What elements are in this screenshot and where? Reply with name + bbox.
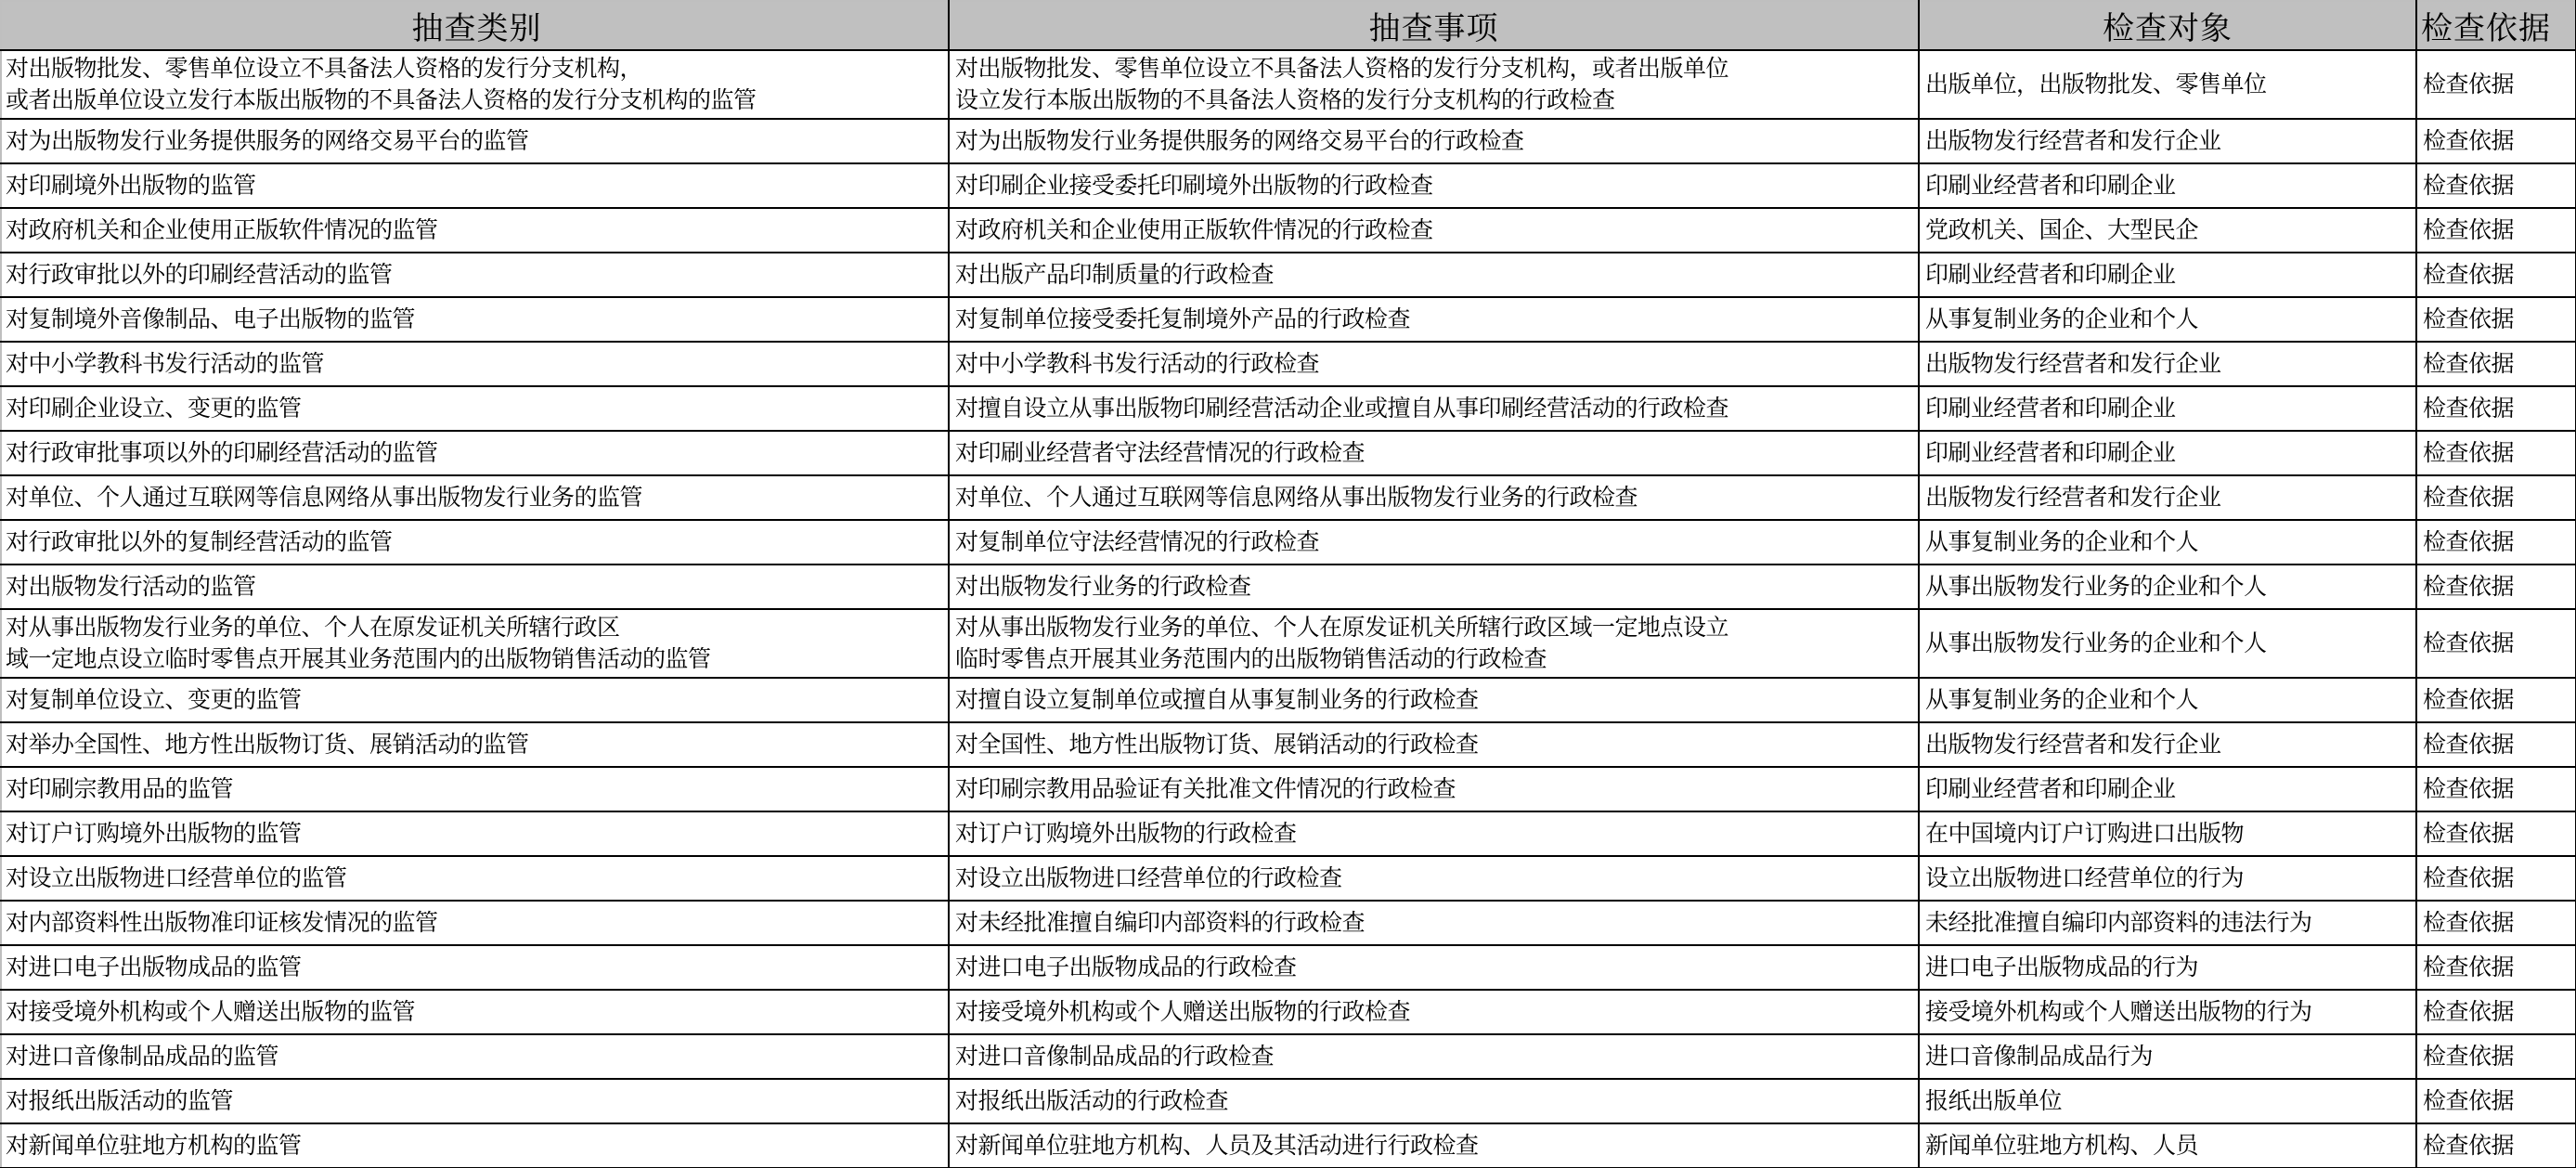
cell-basis[interactable]: 检查依据 xyxy=(2416,678,2576,722)
cell-category-text: 对印刷宗教用品的监管 xyxy=(6,773,948,805)
cell-target[interactable]: 新闻单位驻地方机构、人员 xyxy=(1919,1123,2416,1168)
cell-category[interactable]: 对出版物批发、零售单位设立不具备法人资格的发行分支机构，或者出版单位设立发行本版… xyxy=(1,50,949,119)
cell-basis[interactable]: 检查依据 xyxy=(2416,253,2576,297)
cell-item-text: 对报纸出版活动的行政检查 xyxy=(955,1085,1918,1117)
cell-basis[interactable]: 检查依据 xyxy=(2416,945,2576,990)
cell-basis[interactable]: 检查依据 xyxy=(2416,297,2576,342)
cell-category-text: 对为出版物发行业务提供服务的网络交易平台的监管 xyxy=(6,125,948,157)
cell-item[interactable]: 对单位、个人通过互联网等信息网络从事出版物发行业务的行政检查 xyxy=(949,475,1919,520)
cell-item[interactable]: 对进口电子出版物成品的行政检查 xyxy=(949,945,1919,990)
cell-item-text: 对新闻单位驻地方机构、人员及其活动进行行政检查 xyxy=(955,1130,1918,1162)
cell-item[interactable]: 对印刷企业接受委托印刷境外出版物的行政检查 xyxy=(949,163,1919,208)
table-row: 对订户订购境外出版物的监管对订户订购境外出版物的行政检查在中国境内订户订购进口出… xyxy=(1,811,2576,856)
cell-item-text: 对出版物批发、零售单位设立不具备法人资格的发行分支机构，或者出版单位 xyxy=(955,53,1918,84)
column-header-basis[interactable]: 检查依据 xyxy=(2416,1,2576,50)
cell-target[interactable]: 党政机关、国企、大型民企 xyxy=(1919,208,2416,253)
table-row: 对政府机关和企业使用正版软件情况的监管对政府机关和企业使用正版软件情况的行政检查… xyxy=(1,208,2576,253)
cell-basis[interactable]: 检查依据 xyxy=(2416,722,2576,767)
cell-item-text: 对复制单位守法经营情况的行政检查 xyxy=(955,526,1918,558)
cell-category-text: 对行政审批以外的印刷经营活动的监管 xyxy=(6,259,948,291)
cell-target[interactable]: 未经批准擅自编印内部资料的违法行为 xyxy=(1919,901,2416,945)
cell-target[interactable]: 接受境外机构或个人赠送出版物的行为 xyxy=(1919,990,2416,1034)
cell-item[interactable]: 对设立出版物进口经营单位的行政检查 xyxy=(949,856,1919,901)
cell-item[interactable]: 对擅自设立复制单位或擅自从事复制业务的行政检查 xyxy=(949,678,1919,722)
cell-category-text: 对单位、个人通过互联网等信息网络从事出版物发行业务的监管 xyxy=(6,482,948,513)
table-row: 对接受境外机构或个人赠送出版物的监管对接受境外机构或个人赠送出版物的行政检查接受… xyxy=(1,990,2576,1034)
cell-category[interactable]: 对复制境外音像制品、电子出版物的监管 xyxy=(1,297,949,342)
cell-category-text: 对从事出版物发行业务的单位、个人在原发证机关所辖行政区 xyxy=(6,612,948,643)
cell-category-text: 对内部资料性出版物准印证核发情况的监管 xyxy=(6,907,948,939)
table-row: 对印刷境外出版物的监管对印刷企业接受委托印刷境外出版物的行政检查印刷业经营者和印… xyxy=(1,163,2576,208)
cell-basis[interactable]: 检查依据 xyxy=(2416,386,2576,431)
table-row: 对为出版物发行业务提供服务的网络交易平台的监管对为出版物发行业务提供服务的网络交… xyxy=(1,119,2576,163)
cell-category[interactable]: 对行政审批事项以外的印刷经营活动的监管 xyxy=(1,431,949,475)
cell-category-text: 对进口音像制品成品的监管 xyxy=(6,1041,948,1072)
cell-item[interactable]: 对印刷宗教用品验证有关批准文件情况的行政检查 xyxy=(949,767,1919,811)
table-row: 对单位、个人通过互联网等信息网络从事出版物发行业务的监管对单位、个人通过互联网等… xyxy=(1,475,2576,520)
column-header-category[interactable]: 抽查类别 xyxy=(1,1,949,50)
cell-item[interactable]: 对接受境外机构或个人赠送出版物的行政检查 xyxy=(949,990,1919,1034)
cell-category[interactable]: 对印刷企业设立、变更的监管 xyxy=(1,386,949,431)
cell-item[interactable]: 对报纸出版活动的行政检查 xyxy=(949,1079,1919,1123)
table-row: 对报纸出版活动的监管对报纸出版活动的行政检查报纸出版单位检查依据 xyxy=(1,1079,2576,1123)
cell-basis[interactable]: 检查依据 xyxy=(2416,342,2576,386)
cell-category[interactable]: 对单位、个人通过互联网等信息网络从事出版物发行业务的监管 xyxy=(1,475,949,520)
cell-target[interactable]: 印刷业经营者和印刷企业 xyxy=(1919,767,2416,811)
cell-category-text: 对进口电子出版物成品的监管 xyxy=(6,952,948,983)
cell-target[interactable]: 报纸出版单位 xyxy=(1919,1079,2416,1123)
cell-target[interactable]: 出版物发行经营者和发行企业 xyxy=(1919,342,2416,386)
cell-item[interactable]: 对出版物发行业务的行政检查 xyxy=(949,565,1919,609)
cell-target[interactable]: 印刷业经营者和印刷企业 xyxy=(1919,253,2416,297)
cell-basis[interactable]: 检查依据 xyxy=(2416,520,2576,565)
table-row: 对印刷企业设立、变更的监管对擅自设立从事出版物印刷经营活动企业或擅自从事印刷经营… xyxy=(1,386,2576,431)
cell-item[interactable]: 对政府机关和企业使用正版软件情况的行政检查 xyxy=(949,208,1919,253)
cell-basis[interactable]: 检查依据 xyxy=(2416,767,2576,811)
cell-target[interactable]: 出版物发行经营者和发行企业 xyxy=(1919,475,2416,520)
cell-category-text: 对复制境外音像制品、电子出版物的监管 xyxy=(6,304,948,335)
cell-category[interactable]: 对行政审批以外的印刷经营活动的监管 xyxy=(1,253,949,297)
cell-category[interactable]: 对为出版物发行业务提供服务的网络交易平台的监管 xyxy=(1,119,949,163)
cell-category-text: 域一定地点设立临时零售点开展其业务范围内的出版物销售活动的监管 xyxy=(6,643,948,675)
cell-item-text: 对进口音像制品成品的行政检查 xyxy=(955,1041,1918,1072)
cell-target[interactable]: 在中国境内订户订购进口出版物 xyxy=(1919,811,2416,856)
table-row: 对从事出版物发行业务的单位、个人在原发证机关所辖行政区域一定地点设立临时零售点开… xyxy=(1,609,2576,678)
cell-category-text: 对新闻单位驻地方机构的监管 xyxy=(6,1130,948,1162)
table-row: 对行政审批以外的复制经营活动的监管对复制单位守法经营情况的行政检查从事复制业务的… xyxy=(1,520,2576,565)
cell-item-text: 对复制单位接受委托复制境外产品的行政检查 xyxy=(955,304,1918,335)
cell-target[interactable]: 从事复制业务的企业和个人 xyxy=(1919,297,2416,342)
cell-item-text: 对为出版物发行业务提供服务的网络交易平台的行政检查 xyxy=(955,125,1918,157)
cell-basis[interactable]: 检查依据 xyxy=(2416,1079,2576,1123)
cell-item[interactable]: 对复制单位接受委托复制境外产品的行政检查 xyxy=(949,297,1919,342)
cell-item[interactable]: 对未经批准擅自编印内部资料的行政检查 xyxy=(949,901,1919,945)
cell-category[interactable]: 对从事出版物发行业务的单位、个人在原发证机关所辖行政区域一定地点设立临时零售点开… xyxy=(1,609,949,678)
cell-basis[interactable]: 检查依据 xyxy=(2416,50,2576,119)
table-row: 对出版物批发、零售单位设立不具备法人资格的发行分支机构，或者出版单位设立发行本版… xyxy=(1,50,2576,119)
cell-category-text: 对报纸出版活动的监管 xyxy=(6,1085,948,1117)
cell-basis[interactable]: 检查依据 xyxy=(2416,119,2576,163)
cell-category-text: 对复制单位设立、变更的监管 xyxy=(6,684,948,716)
cell-category[interactable]: 对内部资料性出版物准印证核发情况的监管 xyxy=(1,901,949,945)
cell-basis[interactable]: 检查依据 xyxy=(2416,901,2576,945)
cell-item-text: 对中小学教科书发行活动的行政检查 xyxy=(955,348,1918,380)
cell-category-text: 对接受境外机构或个人赠送出版物的监管 xyxy=(6,996,948,1028)
cell-item-text: 对印刷企业接受委托印刷境外出版物的行政检查 xyxy=(955,170,1918,201)
cell-target[interactable]: 出版物发行经营者和发行企业 xyxy=(1919,722,2416,767)
cell-target[interactable]: 出版单位，出版物批发、零售单位 xyxy=(1919,50,2416,119)
cell-item[interactable]: 对为出版物发行业务提供服务的网络交易平台的行政检查 xyxy=(949,119,1919,163)
cell-category[interactable]: 对复制单位设立、变更的监管 xyxy=(1,678,949,722)
cell-basis[interactable]: 检查依据 xyxy=(2416,565,2576,609)
table-row: 对新闻单位驻地方机构的监管对新闻单位驻地方机构、人员及其活动进行行政检查新闻单位… xyxy=(1,1123,2576,1168)
cell-target[interactable]: 从事复制业务的企业和个人 xyxy=(1919,678,2416,722)
cell-category[interactable]: 对设立出版物进口经营单位的监管 xyxy=(1,856,949,901)
cell-category-text: 对出版物批发、零售单位设立不具备法人资格的发行分支机构， xyxy=(6,53,948,84)
cell-item[interactable]: 对印刷业经营者守法经营情况的行政检查 xyxy=(949,431,1919,475)
cell-item-text: 对接受境外机构或个人赠送出版物的行政检查 xyxy=(955,996,1918,1028)
cell-target[interactable]: 从事出版物发行业务的企业和个人 xyxy=(1919,609,2416,678)
cell-item-text: 对出版物发行业务的行政检查 xyxy=(955,571,1918,603)
cell-category[interactable]: 对接受境外机构或个人赠送出版物的监管 xyxy=(1,990,949,1034)
cell-basis[interactable]: 检查依据 xyxy=(2416,609,2576,678)
cell-category[interactable]: 对印刷境外出版物的监管 xyxy=(1,163,949,208)
table-row: 对设立出版物进口经营单位的监管对设立出版物进口经营单位的行政检查设立出版物进口经… xyxy=(1,856,2576,901)
cell-category[interactable]: 对订户订购境外出版物的监管 xyxy=(1,811,949,856)
cell-item-text: 对未经批准擅自编印内部资料的行政检查 xyxy=(955,907,1918,939)
cell-item-text: 对从事出版物发行业务的单位、个人在原发证机关所辖行政区域一定地点设立 xyxy=(955,612,1918,643)
cell-category[interactable]: 对新闻单位驻地方机构的监管 xyxy=(1,1123,949,1168)
table-row: 对印刷宗教用品的监管对印刷宗教用品验证有关批准文件情况的行政检查印刷业经营者和印… xyxy=(1,767,2576,811)
cell-basis[interactable]: 检查依据 xyxy=(2416,856,2576,901)
cell-category-text: 对出版物发行活动的监管 xyxy=(6,571,948,603)
cell-item[interactable]: 对出版物批发、零售单位设立不具备法人资格的发行分支机构，或者出版单位设立发行本版… xyxy=(949,50,1919,119)
table-row: 对复制境外音像制品、电子出版物的监管对复制单位接受委托复制境外产品的行政检查从事… xyxy=(1,297,2576,342)
cell-category[interactable]: 对举办全国性、地方性出版物订货、展销活动的监管 xyxy=(1,722,949,767)
cell-category-text: 对设立出版物进口经营单位的监管 xyxy=(6,863,948,894)
cell-item[interactable]: 对全国性、地方性出版物订货、展销活动的行政检查 xyxy=(949,722,1919,767)
column-header-item[interactable]: 抽查事项 xyxy=(949,1,1919,50)
cell-category-text: 或者出版单位设立发行本版出版物的不具备法人资格的发行分支机构的监管 xyxy=(6,84,948,116)
cell-item-text: 对擅自设立从事出版物印刷经营活动企业或擅自从事印刷经营活动的行政检查 xyxy=(955,393,1918,424)
table-row: 对中小学教科书发行活动的监管对中小学教科书发行活动的行政检查出版物发行经营者和发… xyxy=(1,342,2576,386)
table-body: 对出版物批发、零售单位设立不具备法人资格的发行分支机构，或者出版单位设立发行本版… xyxy=(1,50,2576,1168)
cell-item-text: 对擅自设立复制单位或擅自从事复制业务的行政检查 xyxy=(955,684,1918,716)
cell-category-text: 对印刷企业设立、变更的监管 xyxy=(6,393,948,424)
cell-basis[interactable]: 检查依据 xyxy=(2416,208,2576,253)
cell-item[interactable]: 对进口音像制品成品的行政检查 xyxy=(949,1034,1919,1079)
cell-target[interactable]: 印刷业经营者和印刷企业 xyxy=(1919,163,2416,208)
cell-target[interactable]: 进口音像制品成品行为 xyxy=(1919,1034,2416,1079)
cell-item-text: 对单位、个人通过互联网等信息网络从事出版物发行业务的行政检查 xyxy=(955,482,1918,513)
cell-target[interactable]: 出版物发行经营者和发行企业 xyxy=(1919,119,2416,163)
cell-category-text: 对行政审批以外的复制经营活动的监管 xyxy=(6,526,948,558)
cell-item[interactable]: 对新闻单位驻地方机构、人员及其活动进行行政检查 xyxy=(949,1123,1919,1168)
cell-item[interactable]: 对出版产品印制质量的行政检查 xyxy=(949,253,1919,297)
cell-category[interactable]: 对印刷宗教用品的监管 xyxy=(1,767,949,811)
cell-basis[interactable]: 检查依据 xyxy=(2416,1123,2576,1168)
cell-target[interactable]: 印刷业经营者和印刷企业 xyxy=(1919,431,2416,475)
cell-basis[interactable]: 检查依据 xyxy=(2416,431,2576,475)
cell-basis[interactable]: 检查依据 xyxy=(2416,990,2576,1034)
cell-item[interactable]: 对中小学教科书发行活动的行政检查 xyxy=(949,342,1919,386)
cell-basis[interactable]: 检查依据 xyxy=(2416,475,2576,520)
table-row: 对举办全国性、地方性出版物订货、展销活动的监管对全国性、地方性出版物订货、展销活… xyxy=(1,722,2576,767)
cell-category-text: 对中小学教科书发行活动的监管 xyxy=(6,348,948,380)
table-row: 对进口电子出版物成品的监管对进口电子出版物成品的行政检查进口电子出版物成品的行为… xyxy=(1,945,2576,990)
header-row: 抽查类别 抽查事项 检查对象 检查依据 xyxy=(1,1,2576,50)
cell-item-text: 对印刷业经营者守法经营情况的行政检查 xyxy=(955,437,1918,469)
cell-category[interactable]: 对进口音像制品成品的监管 xyxy=(1,1034,949,1079)
cell-category-text: 对行政审批事项以外的印刷经营活动的监管 xyxy=(6,437,948,469)
cell-item-text: 对订户订购境外出版物的行政检查 xyxy=(955,818,1918,850)
cell-item-text: 对出版产品印制质量的行政检查 xyxy=(955,259,1918,291)
cell-item[interactable]: 对订户订购境外出版物的行政检查 xyxy=(949,811,1919,856)
table-row: 对行政审批事项以外的印刷经营活动的监管对印刷业经营者守法经营情况的行政检查印刷业… xyxy=(1,431,2576,475)
cell-target[interactable]: 进口电子出版物成品的行为 xyxy=(1919,945,2416,990)
cell-target[interactable]: 从事复制业务的企业和个人 xyxy=(1919,520,2416,565)
cell-item-text: 对设立出版物进口经营单位的行政检查 xyxy=(955,863,1918,894)
table-row: 对出版物发行活动的监管对出版物发行业务的行政检查从事出版物发行业务的企业和个人检… xyxy=(1,565,2576,609)
cell-item-text: 设立发行本版出版物的不具备法人资格的发行分支机构的行政检查 xyxy=(955,84,1918,116)
cell-category-text: 对政府机关和企业使用正版软件情况的监管 xyxy=(6,214,948,246)
cell-item[interactable]: 对擅自设立从事出版物印刷经营活动企业或擅自从事印刷经营活动的行政检查 xyxy=(949,386,1919,431)
cell-category[interactable]: 对进口电子出版物成品的监管 xyxy=(1,945,949,990)
table-header: 抽查类别 抽查事项 检查对象 检查依据 xyxy=(1,1,2576,50)
cell-category-text: 对举办全国性、地方性出版物订货、展销活动的监管 xyxy=(6,729,948,760)
cell-item-text: 对印刷宗教用品验证有关批准文件情况的行政检查 xyxy=(955,773,1918,805)
cell-item-text: 临时零售点开展其业务范围内的出版物销售活动的行政检查 xyxy=(955,643,1918,675)
column-header-target[interactable]: 检查对象 xyxy=(1919,1,2416,50)
cell-category-text: 对印刷境外出版物的监管 xyxy=(6,170,948,201)
cell-category[interactable]: 对出版物发行活动的监管 xyxy=(1,565,949,609)
inspection-table: 抽查类别 抽查事项 检查对象 检查依据 对出版物批发、零售单位设立不具备法人资格… xyxy=(0,0,2576,1168)
cell-category[interactable]: 对政府机关和企业使用正版软件情况的监管 xyxy=(1,208,949,253)
cell-target[interactable]: 设立出版物进口经营单位的行为 xyxy=(1919,856,2416,901)
cell-category[interactable]: 对报纸出版活动的监管 xyxy=(1,1079,949,1123)
cell-target[interactable]: 印刷业经营者和印刷企业 xyxy=(1919,386,2416,431)
cell-basis[interactable]: 检查依据 xyxy=(2416,1034,2576,1079)
cell-category[interactable]: 对中小学教科书发行活动的监管 xyxy=(1,342,949,386)
cell-category[interactable]: 对行政审批以外的复制经营活动的监管 xyxy=(1,520,949,565)
cell-item-text: 对进口电子出版物成品的行政检查 xyxy=(955,952,1918,983)
cell-item-text: 对全国性、地方性出版物订货、展销活动的行政检查 xyxy=(955,729,1918,760)
table-row: 对行政审批以外的印刷经营活动的监管对出版产品印制质量的行政检查印刷业经营者和印刷… xyxy=(1,253,2576,297)
cell-category-text: 对订户订购境外出版物的监管 xyxy=(6,818,948,850)
table-row: 对进口音像制品成品的监管对进口音像制品成品的行政检查进口音像制品成品行为检查依据 xyxy=(1,1034,2576,1079)
cell-basis[interactable]: 检查依据 xyxy=(2416,811,2576,856)
table-row: 对内部资料性出版物准印证核发情况的监管对未经批准擅自编印内部资料的行政检查未经批… xyxy=(1,901,2576,945)
table-row: 对复制单位设立、变更的监管对擅自设立复制单位或擅自从事复制业务的行政检查从事复制… xyxy=(1,678,2576,722)
cell-item[interactable]: 对复制单位守法经营情况的行政检查 xyxy=(949,520,1919,565)
cell-item-text: 对政府机关和企业使用正版软件情况的行政检查 xyxy=(955,214,1918,246)
cell-basis[interactable]: 检查依据 xyxy=(2416,163,2576,208)
cell-target[interactable]: 从事出版物发行业务的企业和个人 xyxy=(1919,565,2416,609)
cell-item[interactable]: 对从事出版物发行业务的单位、个人在原发证机关所辖行政区域一定地点设立临时零售点开… xyxy=(949,609,1919,678)
